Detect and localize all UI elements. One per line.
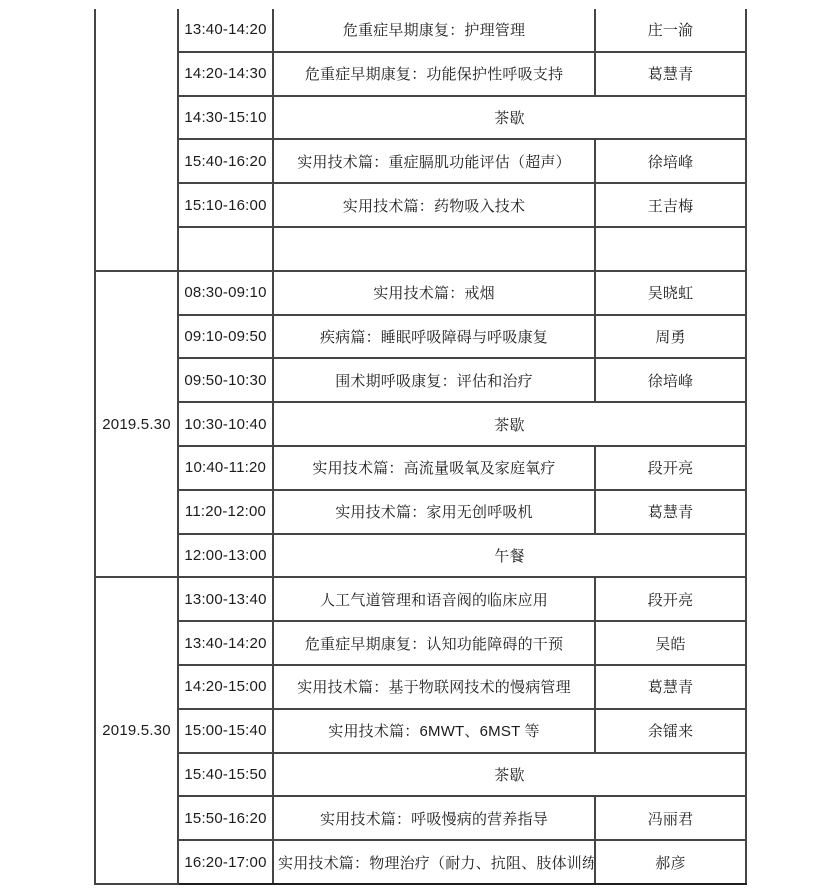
schedule-row: 15:40-15:50茶歇 [95,753,746,797]
session-cell: 危重症早期康复：认知功能障碍的干预 [273,621,595,665]
time-cell: 12:00-13:00 [178,534,273,578]
break-cell: 茶歇 [273,753,746,797]
date-cell [95,9,178,271]
schedule-row: 10:40-11:20实用技术篇：高流量吸氧及家庭氧疗段开亮 [95,446,746,490]
schedule-row [95,227,746,271]
time-cell [178,227,273,271]
session-cell: 围术期呼吸康复：评估和治疗 [273,358,595,402]
date-cell: 2019.5.30 [95,271,178,578]
time-cell: 15:00-15:40 [178,709,273,753]
schedule-row: 2019.5.3013:00-13:40人工气道管理和语音阀的临床应用段开亮 [95,577,746,621]
speaker-cell: 葛慧青 [595,665,746,709]
time-cell: 14:30-15:10 [178,96,273,140]
session-cell: 危重症早期康复：护理管理 [273,9,595,52]
speaker-cell: 段开亮 [595,446,746,490]
speaker-cell: 葛慧青 [595,490,746,534]
speaker-cell: 余镭来 [595,709,746,753]
session-cell: 实用技术篇：6MWT、6MST 等 [273,709,595,753]
schedule-row: 2019.5.3008:30-09:10实用技术篇：戒烟吴晓虹 [95,271,746,315]
time-cell: 16:20-17:00 [178,840,273,884]
speaker-cell: 葛慧青 [595,52,746,96]
session-cell [273,227,595,271]
schedule-row: 12:00-13:00午餐 [95,534,746,578]
schedule-row: 10:30-10:40茶歇 [95,402,746,446]
schedule-row: 15:00-15:40实用技术篇：6MWT、6MST 等余镭来 [95,709,746,753]
schedule-row: 09:50-10:30围术期呼吸康复：评估和治疗徐培峰 [95,358,746,402]
time-cell: 11:20-12:00 [178,490,273,534]
break-cell: 茶歇 [273,402,746,446]
speaker-cell: 王吉梅 [595,183,746,227]
session-cell: 实用技术篇：戒烟 [273,271,595,315]
session-cell: 实用技术篇：药物吸入技术 [273,183,595,227]
break-cell: 茶歇 [273,96,746,140]
schedule-row: 14:20-14:30危重症早期康复：功能保护性呼吸支持葛慧青 [95,52,746,96]
schedule-row: 15:40-16:20实用技术篇：重症膈肌功能评估（超声）徐培峰 [95,139,746,183]
time-cell: 09:10-09:50 [178,315,273,359]
schedule-row: 11:20-12:00实用技术篇：家用无创呼吸机葛慧青 [95,490,746,534]
date-cell: 2019.5.30 [95,577,178,884]
break-cell: 午餐 [273,534,746,578]
session-cell: 疾病篇：睡眠呼吸障碍与呼吸康复 [273,315,595,359]
time-cell: 08:30-09:10 [178,271,273,315]
time-cell: 15:50-16:20 [178,796,273,840]
time-cell: 13:00-13:40 [178,577,273,621]
speaker-cell [595,227,746,271]
schedule-row: 13:40-14:20危重症早期康复：认知功能障碍的干预吴皓 [95,621,746,665]
session-cell: 实用技术篇：重症膈肌功能评估（超声） [273,139,595,183]
speaker-cell: 徐培峰 [595,139,746,183]
schedule-row: 14:20-15:00实用技术篇：基于物联网技术的慢病管理葛慧青 [95,665,746,709]
schedule-row: 15:10-16:00实用技术篇：药物吸入技术王吉梅 [95,183,746,227]
time-cell: 14:20-14:30 [178,52,273,96]
time-cell: 10:40-11:20 [178,446,273,490]
time-cell: 15:40-16:20 [178,139,273,183]
session-cell: 实用技术篇：基于物联网技术的慢病管理 [273,665,595,709]
speaker-cell: 庄一渝 [595,9,746,52]
session-cell: 实用技术篇：高流量吸氧及家庭氧疗 [273,446,595,490]
schedule-row: 09:10-09:50疾病篇：睡眠呼吸障碍与呼吸康复周勇 [95,315,746,359]
session-cell: 实用技术篇：物理治疗（耐力、抗阻、肢体训练） [273,840,595,884]
session-cell: 实用技术篇：家用无创呼吸机 [273,490,595,534]
schedule-row: 16:20-17:00实用技术篇：物理治疗（耐力、抗阻、肢体训练）郝彦 [95,840,746,884]
speaker-cell: 徐培峰 [595,358,746,402]
time-cell: 13:40-14:20 [178,9,273,52]
session-cell: 危重症早期康复：功能保护性呼吸支持 [273,52,595,96]
schedule-row: 14:30-15:10茶歇 [95,96,746,140]
time-cell: 14:20-15:00 [178,665,273,709]
session-cell: 实用技术篇：呼吸慢病的营养指导 [273,796,595,840]
speaker-cell: 段开亮 [595,577,746,621]
schedule-row: 13:40-14:20危重症早期康复：护理管理庄一渝 [95,9,746,52]
speaker-cell: 郝彦 [595,840,746,884]
speaker-cell: 吴晓虹 [595,271,746,315]
time-cell: 09:50-10:30 [178,358,273,402]
speaker-cell: 吴皓 [595,621,746,665]
time-cell: 13:40-14:20 [178,621,273,665]
time-cell: 15:40-15:50 [178,753,273,797]
time-cell: 15:10-16:00 [178,183,273,227]
time-cell: 10:30-10:40 [178,402,273,446]
schedule-table-container: 13:40-14:20危重症早期康复：护理管理庄一渝14:20-14:30危重症… [94,9,747,885]
session-cell: 人工气道管理和语音阀的临床应用 [273,577,595,621]
schedule-table-body: 13:40-14:20危重症早期康复：护理管理庄一渝14:20-14:30危重症… [95,9,746,884]
speaker-cell: 周勇 [595,315,746,359]
speaker-cell: 冯丽君 [595,796,746,840]
schedule-row: 15:50-16:20实用技术篇：呼吸慢病的营养指导冯丽君 [95,796,746,840]
schedule-table: 13:40-14:20危重症早期康复：护理管理庄一渝14:20-14:30危重症… [94,9,747,885]
